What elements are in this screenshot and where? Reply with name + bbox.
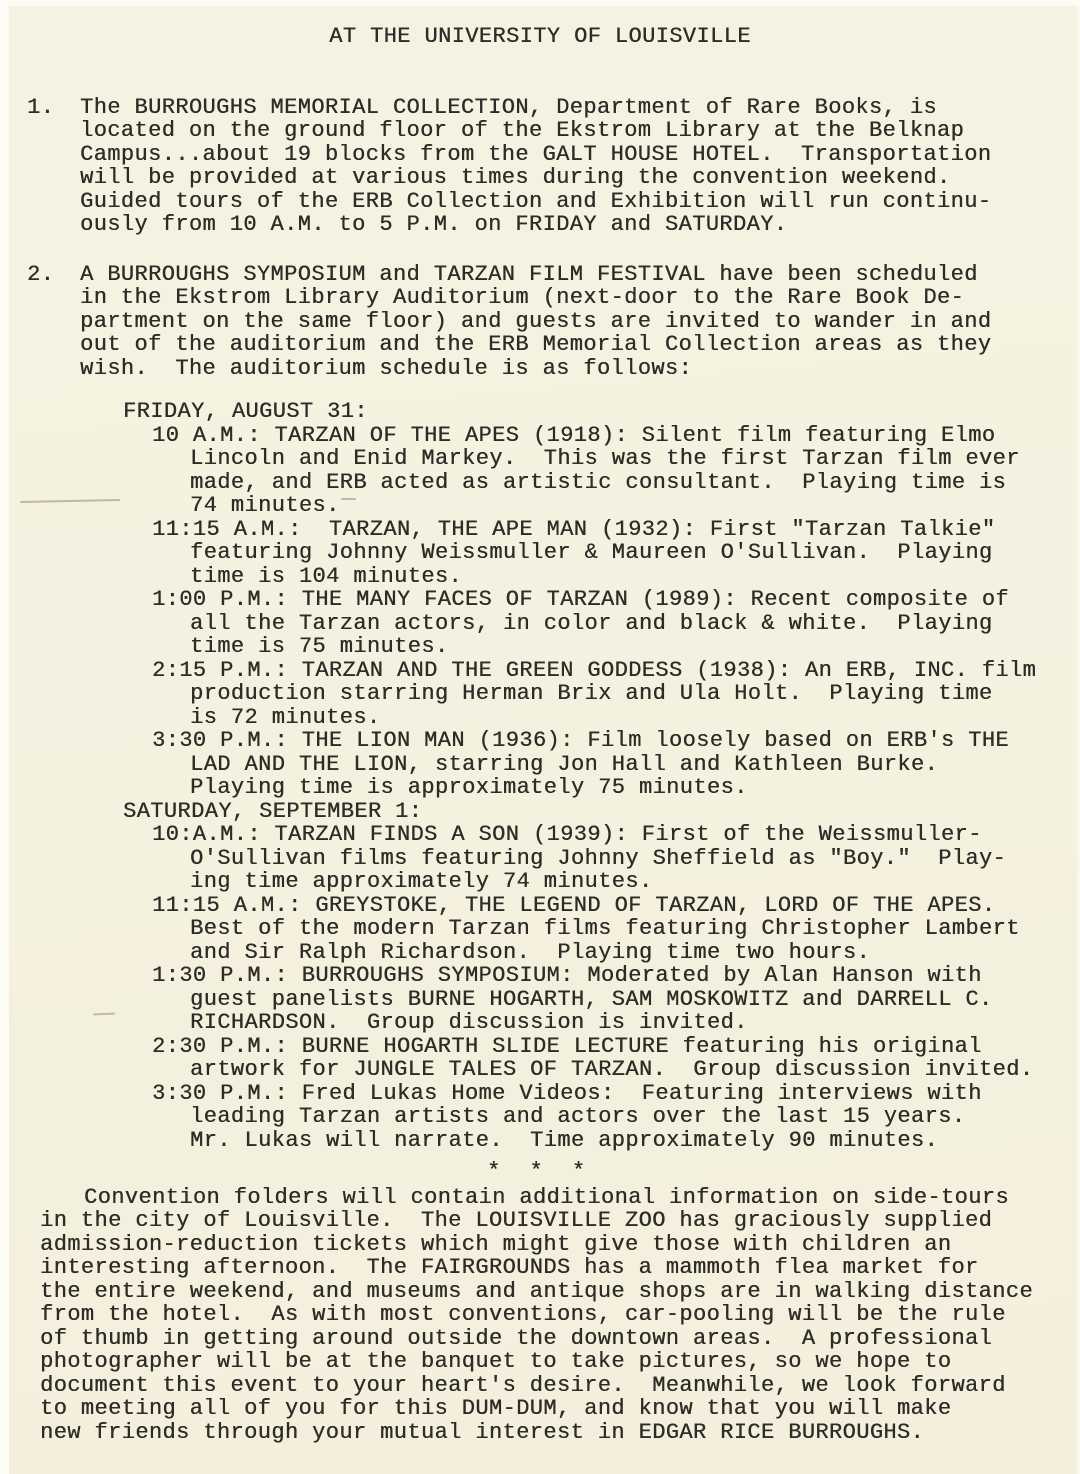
item-body: A BURROUGHS SYMPOSIUM and TARZAN FILM FE… <box>80 263 991 381</box>
page-title: AT THE UNIVERSITY OF LOUISVILLE <box>0 0 1080 49</box>
schedule-event-saturday-4: 2:30 P.M.: BURNE HOGARTH SLIDE LECTURE f… <box>152 1035 1080 1082</box>
schedule-event-friday-3: 1:00 P.M.: THE MANY FACES OF TARZAN (198… <box>152 588 1080 659</box>
schedule-event-saturday-2: 11:15 A.M.: GREYSTOKE, THE LEGEND OF TAR… <box>152 894 1080 965</box>
schedule-event-saturday-1: 10:A.M.: TARZAN FINDS A SON (1939): Firs… <box>152 823 1080 894</box>
scan-edge-left <box>0 0 9 1474</box>
schedule-event-friday-4: 2:15 P.M.: TARZAN AND THE GREEN GODDESS … <box>152 659 1080 730</box>
schedule-event-saturday-5: 3:30 P.M.: Fred Lukas Home Videos: Featu… <box>152 1082 1080 1153</box>
scanned-document-page: AT THE UNIVERSITY OF LOUISVILLE 1. The B… <box>0 0 1080 1474</box>
schedule-day-friday: FRIDAY, AUGUST 31: <box>123 400 1080 424</box>
numbered-item-2: 2. A BURROUGHS SYMPOSIUM and TARZAN FILM… <box>27 263 1080 381</box>
pencil-mark <box>93 1013 115 1016</box>
scan-edge-top <box>0 0 1080 6</box>
item-number: 1. <box>27 96 80 237</box>
schedule-event-friday-2: 11:15 A.M.: TARZAN, THE APE MAN (1932): … <box>152 518 1080 589</box>
schedule-day-saturday: SATURDAY, SEPTEMBER 1: <box>123 800 1080 824</box>
item-body: The BURROUGHS MEMORIAL COLLECTION, Depar… <box>80 96 991 237</box>
section-separator: * * * <box>0 1160 1080 1184</box>
closing-paragraph: Convention folders will contain addition… <box>40 1186 1080 1445</box>
schedule-event-friday-5: 3:30 P.M.: THE LION MAN (1936): Film loo… <box>152 729 1080 800</box>
item-number: 2. <box>27 263 80 381</box>
pencil-mark <box>20 499 120 503</box>
pencil-mark <box>341 498 356 500</box>
numbered-item-1: 1. The BURROUGHS MEMORIAL COLLECTION, De… <box>27 96 1080 237</box>
schedule-event-saturday-3: 1:30 P.M.: BURROUGHS SYMPOSIUM: Moderate… <box>152 964 1080 1035</box>
schedule-event-friday-1: 10 A.M.: TARZAN OF THE APES (1918): Sile… <box>152 424 1080 518</box>
